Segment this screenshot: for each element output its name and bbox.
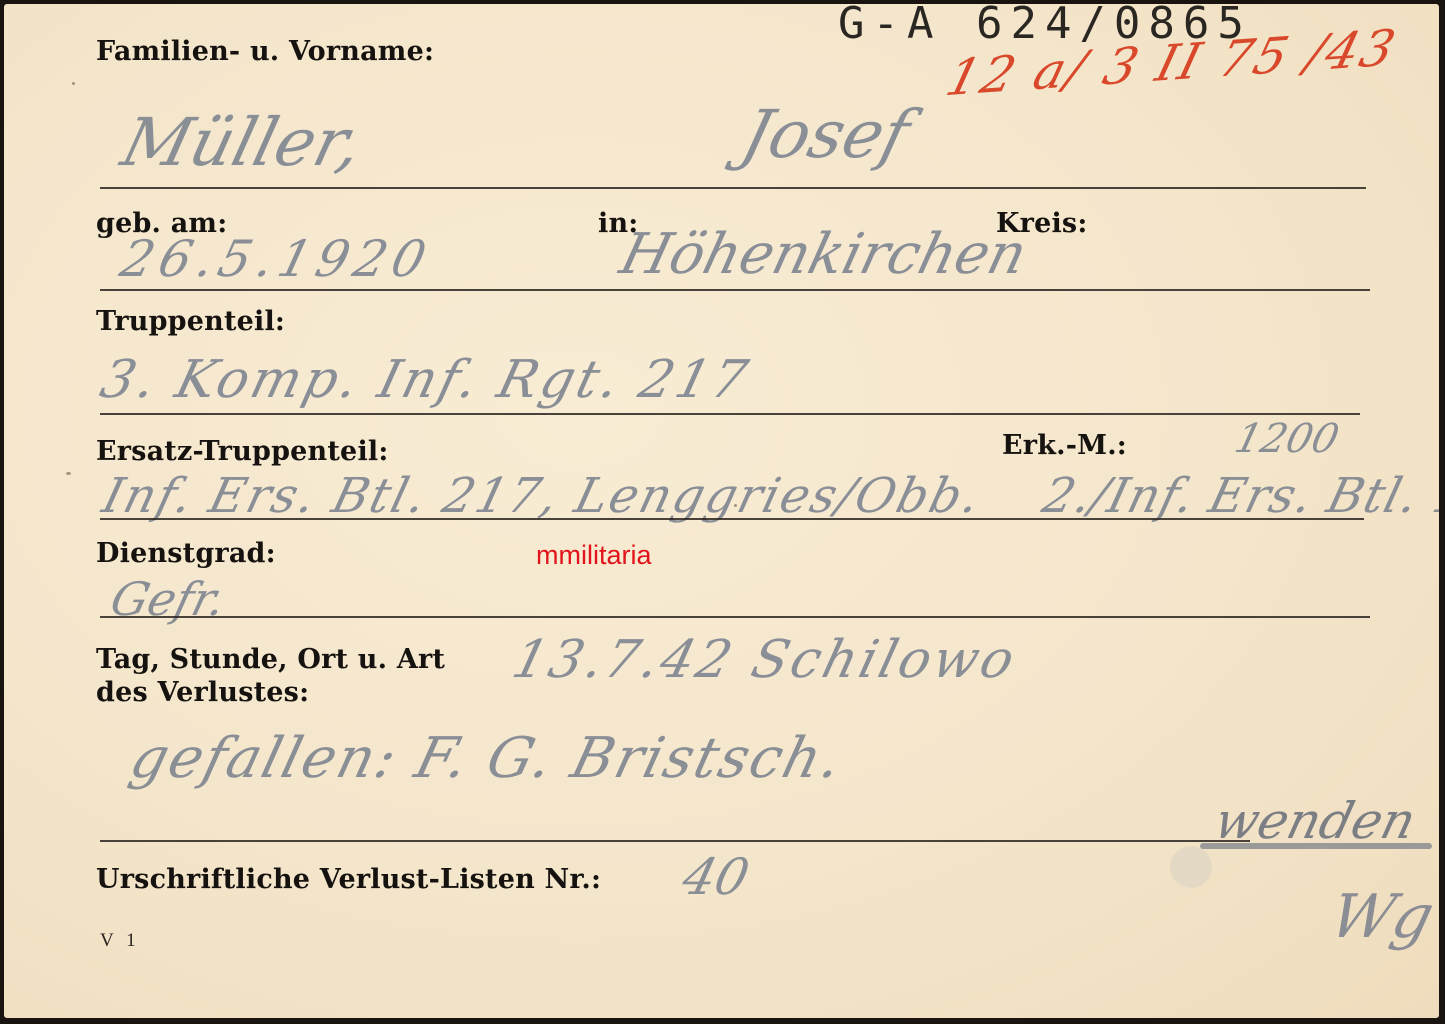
given-name-value: Josef (734, 96, 917, 173)
rule-birth (100, 289, 1370, 291)
loss-type-value: gefallen: F. G. Bristsch. (124, 726, 850, 791)
rule-unit (100, 413, 1360, 415)
loss-label-line2: des Verlustes: (96, 677, 309, 708)
watermark: mmilitaria (536, 540, 652, 571)
loss-label-line1: Tag, Stunde, Ort u. Art (96, 644, 445, 675)
recognition-mark-value: 1200 (1230, 416, 1343, 462)
recognition-mark-label: Erk.-M.: (1002, 430, 1127, 461)
clerk-initials: Wg (1323, 882, 1439, 952)
unit-label: Truppenteil: (96, 306, 285, 337)
unit-value: 3. Komp. Inf. Rgt. 217 (95, 350, 757, 410)
rule-replacement-unit (100, 518, 1364, 520)
loss-date-place-value: 13.7.42 Schilowo (507, 630, 1024, 690)
rule-name (100, 187, 1366, 189)
paper-speck (66, 472, 71, 475)
replacement-unit-label: Ersatz-Truppenteil: (96, 436, 389, 467)
rule-loss (100, 840, 1250, 842)
district-label: Kreis: (996, 208, 1088, 239)
replacement-unit-value-2: 2./Inf. Ers. Btl. 19 (1037, 468, 1439, 524)
loss-list-value: 40 (677, 848, 755, 906)
paper-stain (1170, 846, 1212, 888)
name-label: Familien- u. Vorname: (96, 36, 434, 67)
replacement-unit-value: Inf. Ers. Btl. 217, Lenggries/Obb. (97, 468, 987, 524)
surname-value: Müller, (114, 104, 370, 181)
turn-over-underline (1200, 843, 1432, 849)
casualty-record-card: G-A 624/0865 12 a/ 3 II 75 /43 Familien-… (4, 4, 1439, 1018)
paper-speck (72, 82, 75, 85)
form-code: V 1 (100, 930, 140, 952)
rule-rank (100, 616, 1370, 618)
birth-place-value: Höhenkirchen (614, 222, 1033, 287)
rank-label: Dienstgrad: (96, 538, 276, 569)
birth-date-value: 26.5.1920 (115, 230, 438, 288)
loss-list-label: Urschriftliche Verlust-Listen Nr.: (96, 864, 601, 895)
